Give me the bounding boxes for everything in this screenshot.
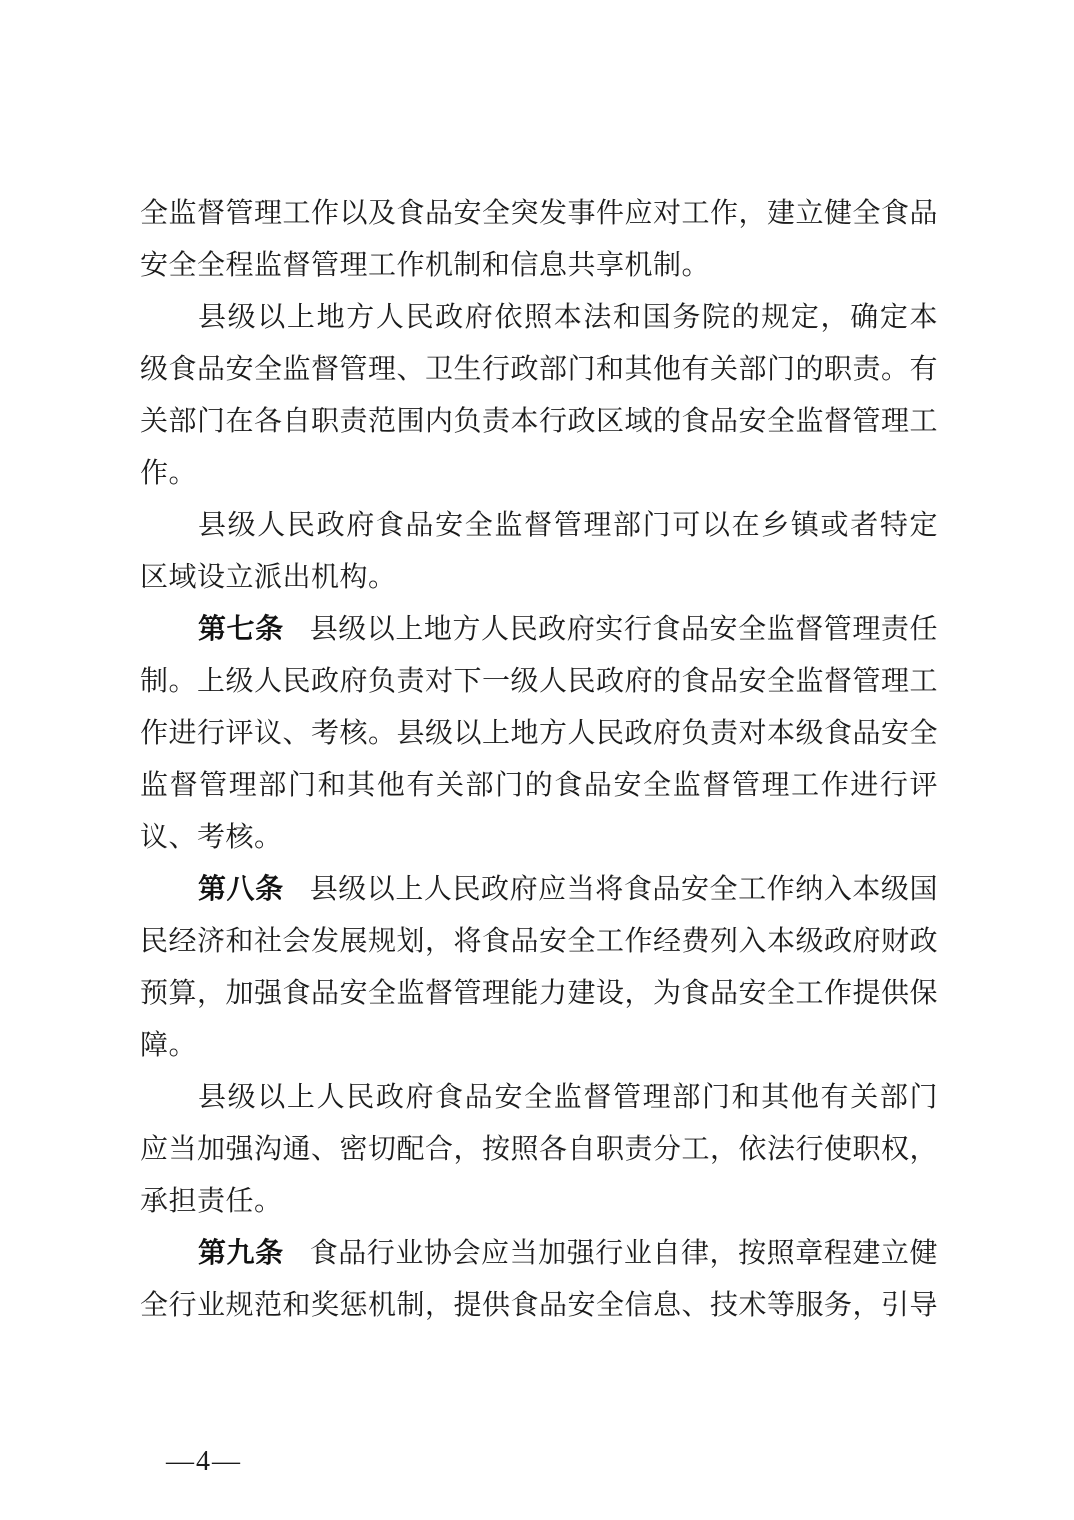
paragraph: 县级人民政府食品安全监督管理部门可以在乡镇或者特定区域设立派出机构。 (140, 500, 938, 604)
paragraph-article-7: 第七条县级以上地方人民政府实行食品安全监督管理责任制。上级人民政府负责对下一级人… (140, 604, 938, 864)
paragraph-continuation: 全监督管理工作以及食品安全突发事件应对工作，建立健全食品安全全程监督管理工作机制… (140, 188, 938, 292)
article-number-label: 第七条 (198, 614, 284, 645)
page-number: —4— (166, 1446, 242, 1478)
paragraph-text: 县级人民政府食品安全监督管理部门可以在乡镇或者特定区域设立派出机构。 (140, 510, 938, 593)
paragraph-article-9: 第九条食品行业协会应当加强行业自律，按照章程建立健全行业规范和奖惩机制，提供食品… (140, 1228, 938, 1332)
paragraph-text: 县级以上地方人民政府依照本法和国务院的规定，确定本级食品安全监督管理、卫生行政部… (140, 302, 938, 489)
article-number-label: 第九条 (198, 1238, 284, 1269)
paragraph: 县级以上地方人民政府依照本法和国务院的规定，确定本级食品安全监督管理、卫生行政部… (140, 292, 938, 500)
paragraph-text: 县级以上人民政府食品安全监督管理部门和其他有关部门应当加强沟通、密切配合，按照各… (140, 1082, 938, 1217)
paragraph-text: 全监督管理工作以及食品安全突发事件应对工作，建立健全食品安全全程监督管理工作机制… (140, 198, 938, 281)
paragraph-text: 县级以上地方人民政府实行食品安全监督管理责任制。上级人民政府负责对下一级人民政府… (140, 614, 938, 853)
text-block: 全监督管理工作以及食品安全突发事件应对工作，建立健全食品安全全程监督管理工作机制… (140, 188, 938, 1332)
paragraph-article-8: 第八条县级以上人民政府应当将食品安全工作纳入本级国民经济和社会发展规划，将食品安… (140, 864, 938, 1072)
document-page: 全监督管理工作以及食品安全突发事件应对工作，建立健全食品安全全程监督管理工作机制… (0, 0, 1074, 1520)
paragraph: 县级以上人民政府食品安全监督管理部门和其他有关部门应当加强沟通、密切配合，按照各… (140, 1072, 938, 1228)
article-number-label: 第八条 (198, 874, 284, 905)
